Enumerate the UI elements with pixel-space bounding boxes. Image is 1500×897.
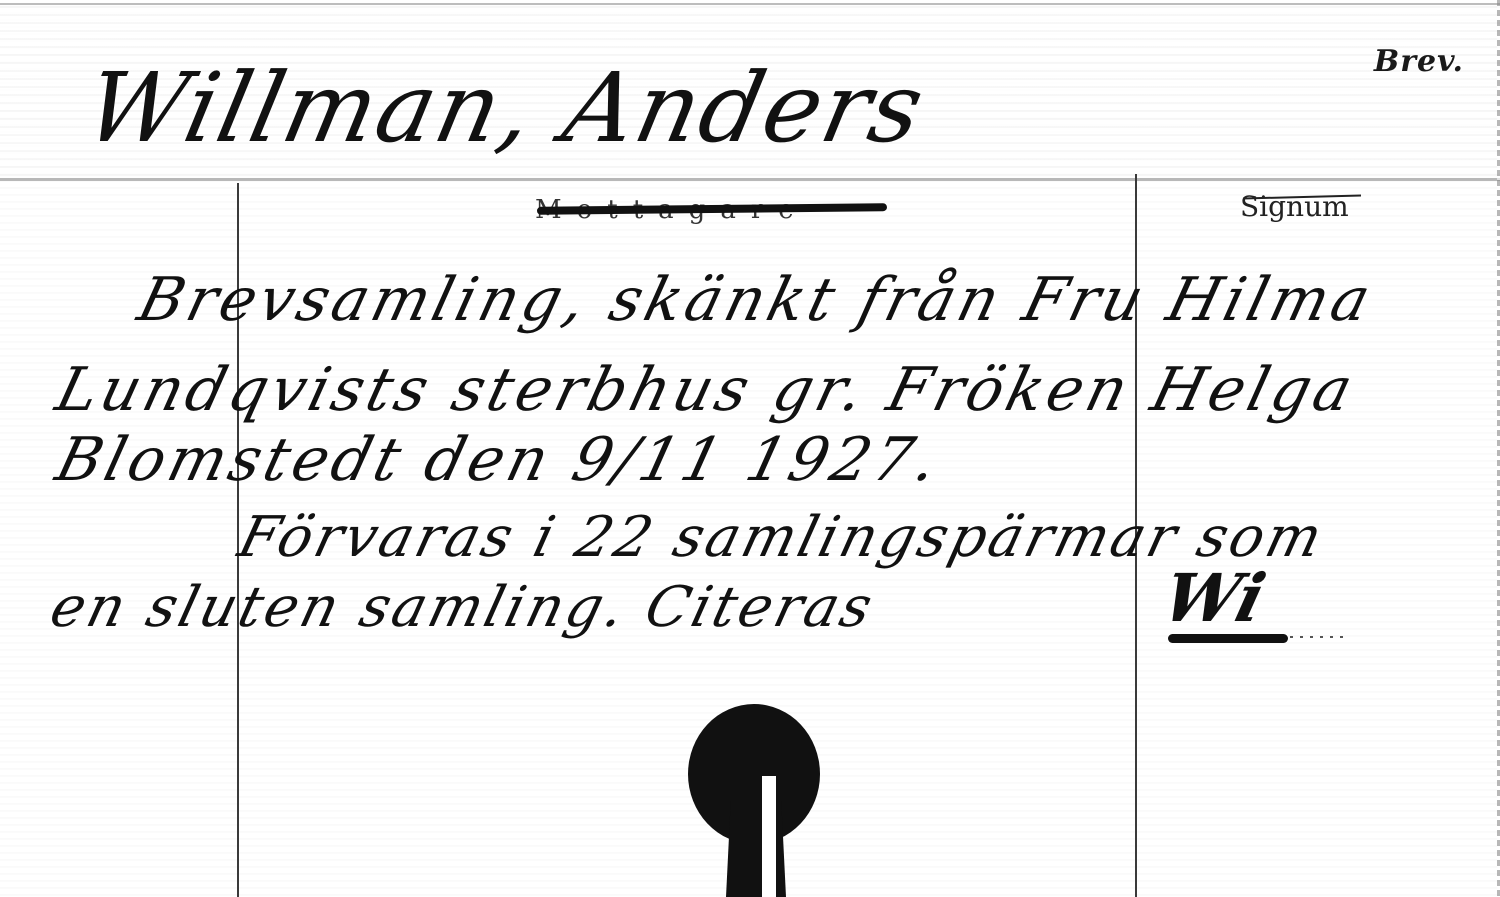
name-heading: Willman, Anders [78,60,933,156]
category-label: Brev. [1374,44,1464,79]
card-top-edge [0,3,1500,5]
handwritten-line-2: Lundqvists sterbhus gr. Fröken Helga [51,360,1362,420]
punch-hole-stem [726,800,786,897]
handwritten-line-5: en sluten samling. Citeras [45,580,880,636]
handwritten-line-1: Brevsamling, skänkt från Fru Hilma [133,270,1380,330]
signum-value: Wi [1157,565,1272,631]
header-rule [0,178,1500,181]
signum-trailing-dots [1290,636,1350,638]
handwritten-line-3: Blomstedt den 9/11 1927. [51,430,947,490]
handwritten-line-4: Förvaras i 22 samlingspärmar som [233,510,1330,566]
punch-hole-slot [762,776,776,897]
signum-underline [1168,634,1288,643]
catalog-card: Brev. Willman, Anders Mottagare Signum B… [0,0,1500,897]
